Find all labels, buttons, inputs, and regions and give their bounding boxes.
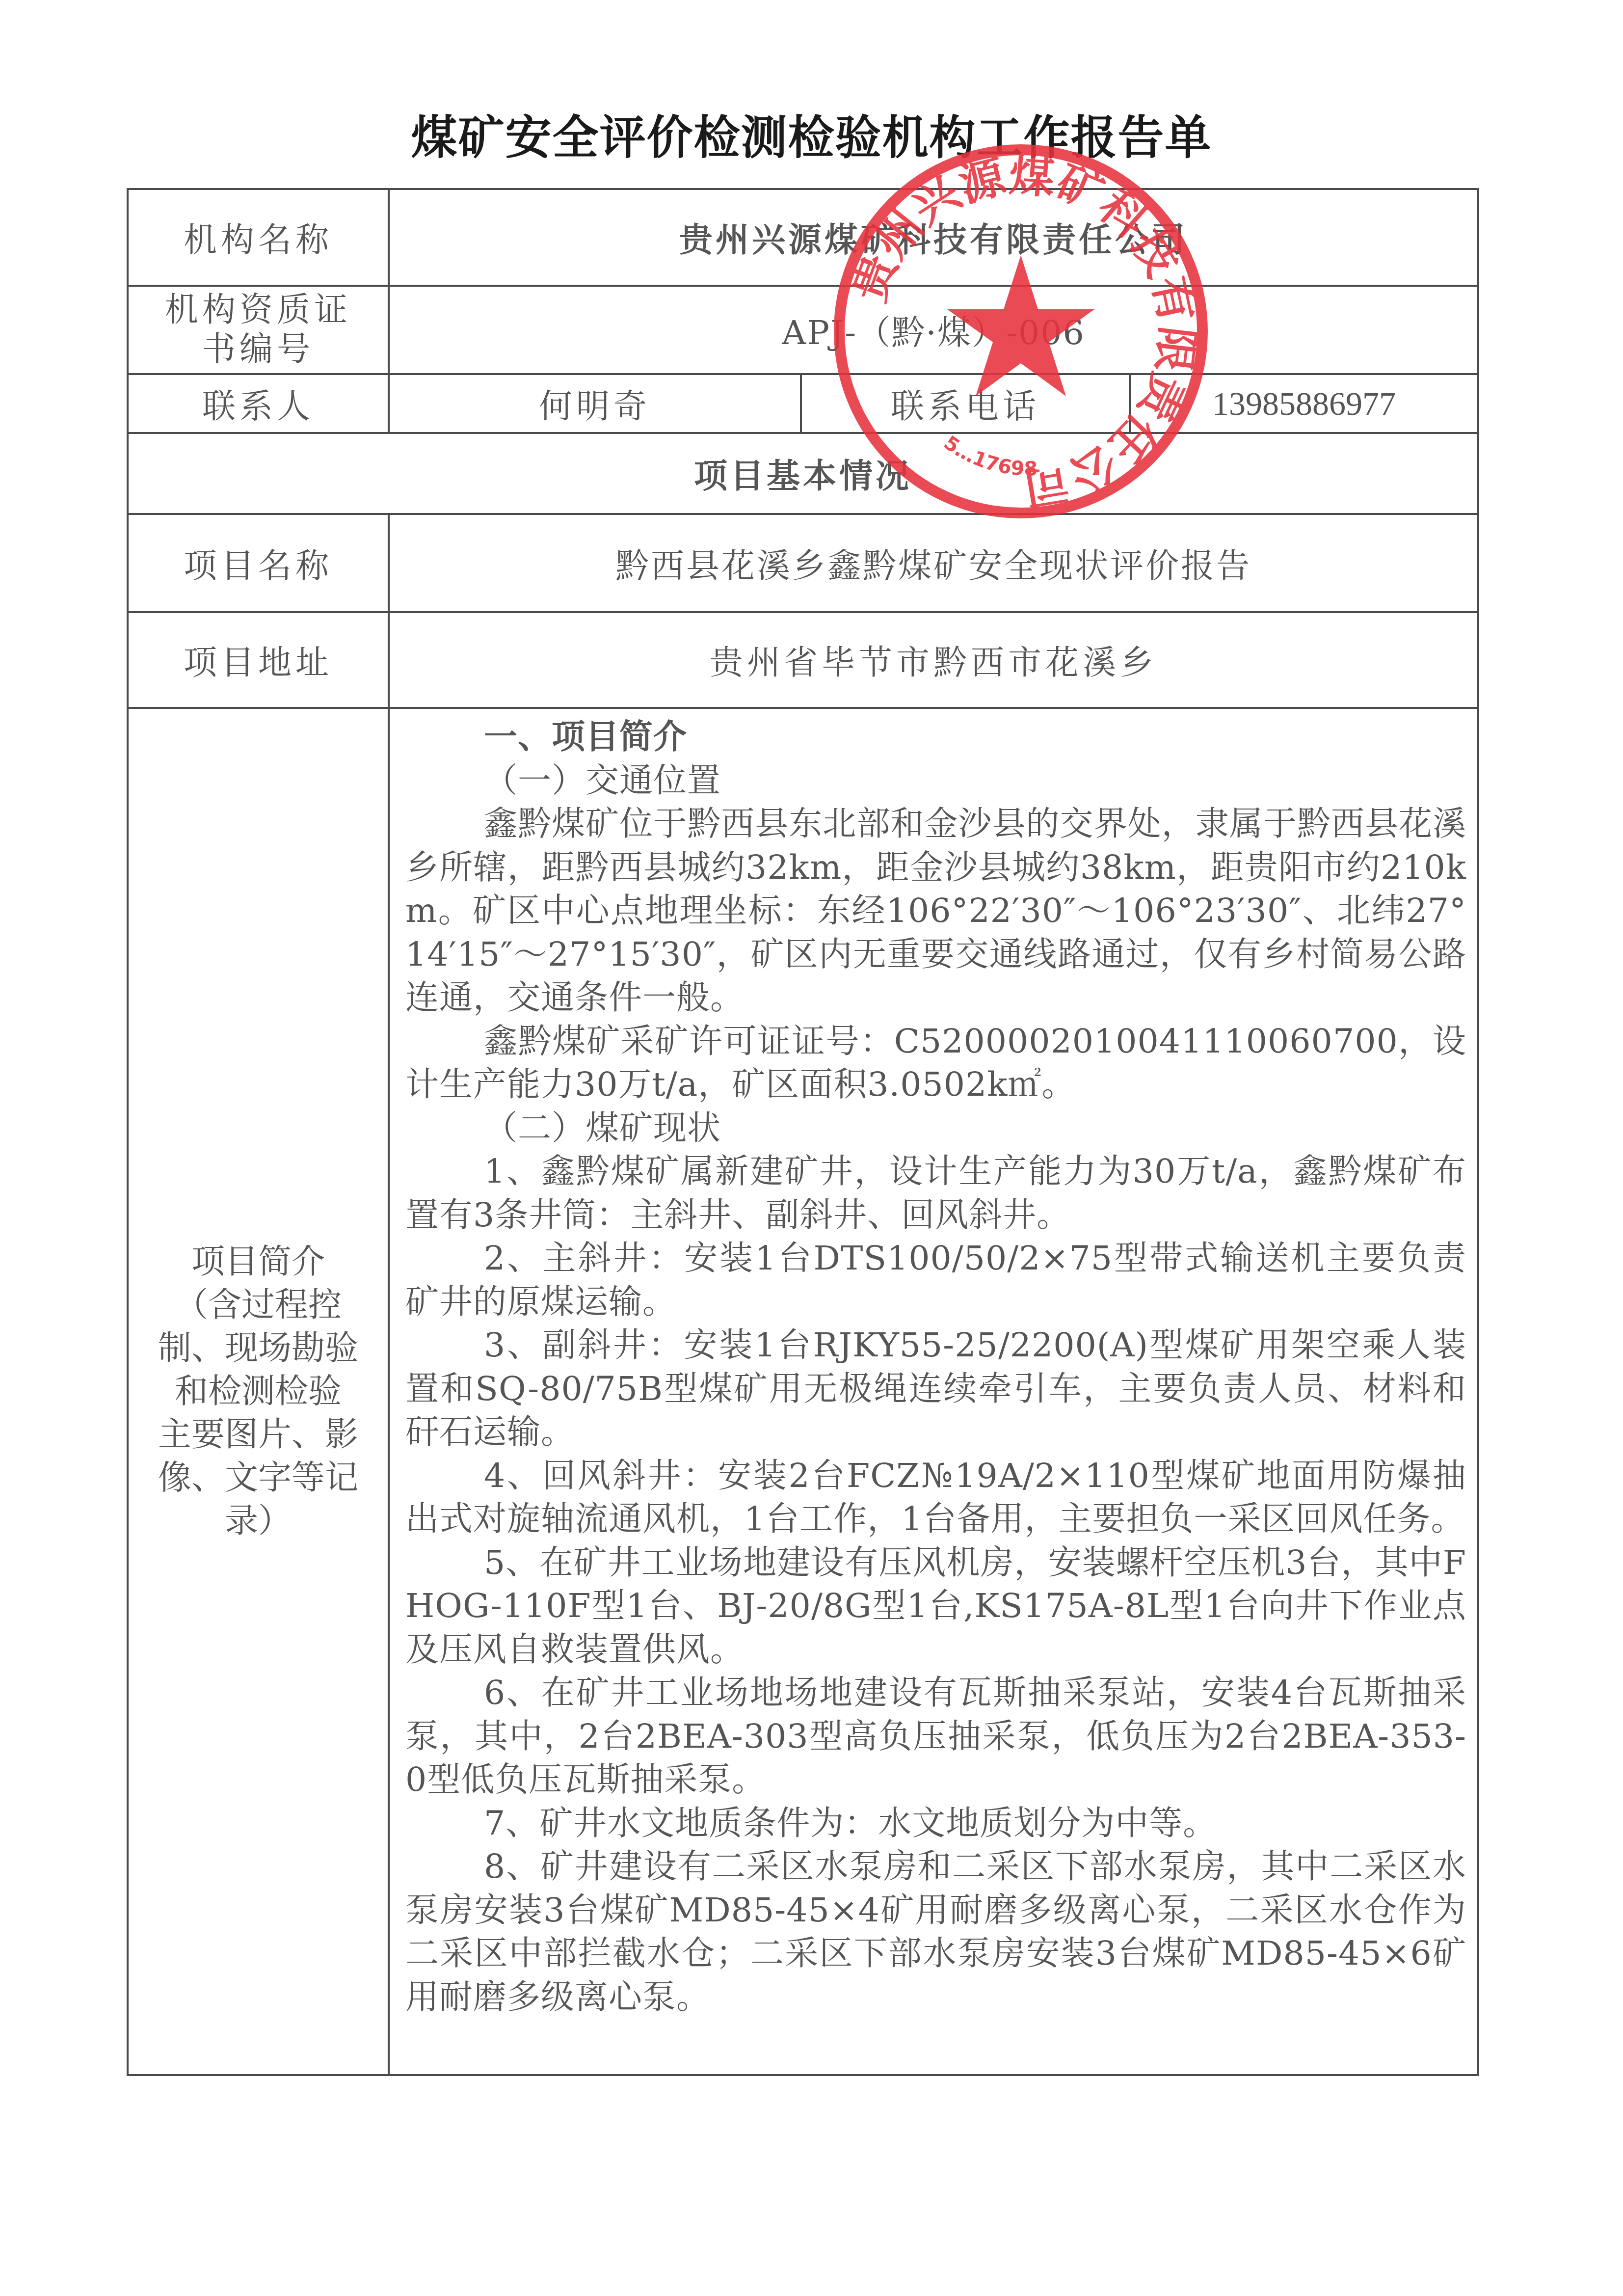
certificate-label-line2: 书编号 xyxy=(129,330,388,369)
project-summary-row: 项目简介 （含过程控 制、现场勘验 和检测检验 主要图片、影 像、文字等记 录）… xyxy=(128,708,1478,2075)
summary-paragraph-location: 鑫黔煤矿位于黔西县东北部和金沙县的交界处，隶属于黔西县花溪乡所辖，距黔西县城约3… xyxy=(405,803,1466,1020)
summary-item: 8、矿井建设有二采区水泵房和二采区下部水泵房，其中二采区水泵房安装3台煤矿MD8… xyxy=(405,1845,1466,2019)
project-section-row: 项目基本情况 xyxy=(128,433,1478,514)
report-table: 机构名称 贵州兴源煤矿科技有限责任公司 机构资质证 书编号 APJ-（黔·煤）-… xyxy=(127,188,1479,2076)
summary-item: 2、主斜井：安装1台DTS100/50/2×75型带式输送机主要负责矿井的原煤运… xyxy=(405,1237,1466,1324)
certificate-row: 机构资质证 书编号 APJ-（黔·煤）-006 xyxy=(128,286,1478,374)
institution-name-row: 机构名称 贵州兴源煤矿科技有限责任公司 xyxy=(128,189,1478,286)
project-name-label: 项目名称 xyxy=(128,514,389,612)
summary-label-line: 项目简介 xyxy=(129,1241,388,1284)
contact-person-label: 联系人 xyxy=(128,374,389,433)
summary-label-line: 制、现场勘验 xyxy=(129,1327,388,1370)
certificate-number: APJ-（黔·煤）-006 xyxy=(389,286,1478,374)
project-section-title: 项目基本情况 xyxy=(128,433,1478,514)
summary-subheading-traffic: （一）交通位置 xyxy=(405,759,1466,803)
project-address-value: 贵州省毕节市黔西市花溪乡 xyxy=(389,612,1478,708)
summary-item: 4、回风斜井：安装2台FCZ№19A/2×110型煤矿地面用防爆抽出式对旋轴流通… xyxy=(405,1455,1466,1541)
contact-phone-label: 联系电话 xyxy=(801,374,1130,433)
contact-phone-value: 13985886977 xyxy=(1130,374,1478,433)
certificate-label: 机构资质证 书编号 xyxy=(128,286,389,374)
summary-label-line: 像、文字等记 xyxy=(129,1457,388,1500)
summary-heading: 一、项目简介 xyxy=(405,716,1466,759)
project-address-label: 项目地址 xyxy=(128,612,389,708)
summary-item: 1、鑫黔煤矿属新建矿井，设计生产能力为30万t/a，鑫黔煤矿布置有3条井筒：主斜… xyxy=(405,1150,1466,1237)
summary-label-line: 和检测检验 xyxy=(129,1370,388,1413)
page-title: 煤矿安全评价检测检验机构工作报告单 xyxy=(0,109,1623,168)
summary-label-line: （含过程控 xyxy=(129,1284,388,1327)
project-summary-content: 一、项目简介 （一）交通位置 鑫黔煤矿位于黔西县东北部和金沙县的交界处，隶属于黔… xyxy=(389,708,1478,2075)
summary-subheading-status: （二）煤矿现状 xyxy=(405,1107,1466,1151)
contact-person-value: 何明奇 xyxy=(389,374,801,433)
certificate-label-line1: 机构资质证 xyxy=(129,291,388,330)
institution-name-value: 贵州兴源煤矿科技有限责任公司 xyxy=(389,189,1478,286)
project-summary-label: 项目简介 （含过程控 制、现场勘验 和检测检验 主要图片、影 像、文字等记 录） xyxy=(128,708,389,2075)
summary-item: 5、在矿井工业场地建设有压风机房，安装螺杆空压机3台，其中FHOG-110F型1… xyxy=(405,1541,1466,1672)
contact-row: 联系人 何明奇 联系电话 13985886977 xyxy=(128,374,1478,433)
institution-name-label: 机构名称 xyxy=(128,189,389,286)
project-name-value: 黔西县花溪乡鑫黔煤矿安全现状评价报告 xyxy=(389,514,1478,612)
summary-item: 3、副斜井：安装1台RJKY55-25/2200(A)型煤矿用架空乘人装置和SQ… xyxy=(405,1324,1466,1455)
summary-item: 7、矿井水文地质条件为：水文地质划分为中等。 xyxy=(405,1802,1466,1846)
summary-item: 6、在矿井工业场地场地建设有瓦斯抽采泵站，安装4台瓦斯抽采泵，其中，2台2BEA… xyxy=(405,1672,1466,1802)
project-address-row: 项目地址 贵州省毕节市黔西市花溪乡 xyxy=(128,612,1478,708)
summary-paragraph-license: 鑫黔煤矿采矿许可证证号：C5200002010041110060700，设计生产… xyxy=(405,1020,1466,1107)
project-name-row: 项目名称 黔西县花溪乡鑫黔煤矿安全现状评价报告 xyxy=(128,514,1478,612)
summary-label-line: 主要图片、影 xyxy=(129,1413,388,1457)
summary-label-line: 录） xyxy=(129,1500,388,1543)
